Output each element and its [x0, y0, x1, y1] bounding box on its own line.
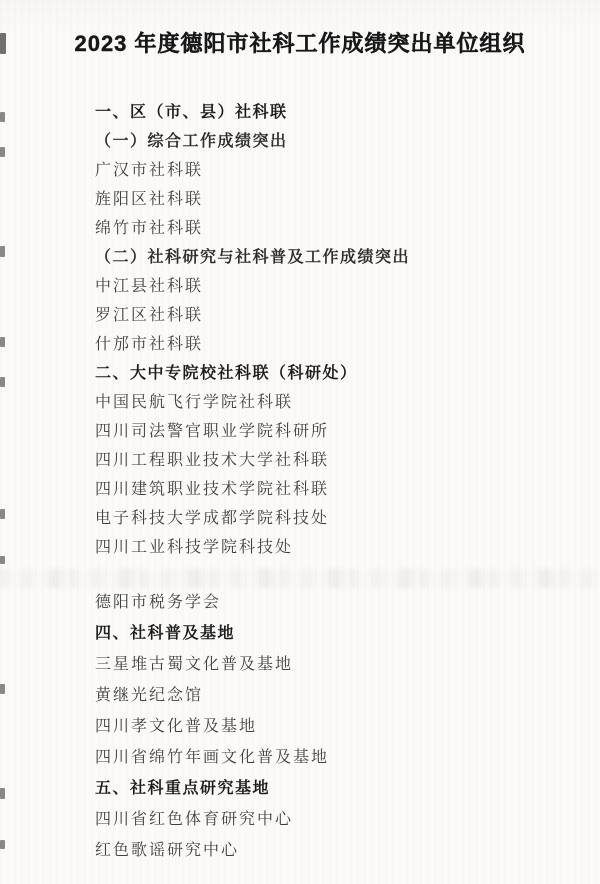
- org-name-line: 三星堆古蜀文化普及基地: [0, 647, 600, 678]
- org-name-line: 电子科技大学成都学院科技处: [0, 502, 600, 531]
- org-name-line: 什邡市社科联: [0, 328, 600, 357]
- subsection-1-heading: （一）综合工作成绩突出: [0, 125, 600, 154]
- org-name-line: 黄继光纪念馆: [0, 678, 600, 709]
- org-name-line: 中江县社科联: [0, 270, 600, 299]
- org-name-line: 广汉市社科联: [0, 154, 600, 183]
- org-name-line: 德阳市税务学会: [0, 585, 600, 616]
- document-title: 2023 年度德阳市社科工作成绩突出单位组织: [0, 27, 600, 61]
- org-name-line: 四川省红色体育研究中心: [0, 802, 600, 833]
- subsection-2-heading: （二）社科研究与社科普及工作成绩突出: [0, 241, 600, 270]
- org-name-line: 红色歌谣研究中心: [0, 833, 600, 864]
- document-body: 一、区（市、县）社科联 （一）综合工作成绩突出 广汉市社科联 旌阳区社科联 绵竹…: [0, 96, 600, 864]
- org-name-line: 绵竹市社科联: [0, 212, 600, 241]
- section-1-heading: 一、区（市、县）社科联: [0, 96, 600, 125]
- org-name-line: 四川建筑职业技术学院社科联: [0, 473, 600, 502]
- section-5-heading: 五、社科重点研究基地: [0, 771, 600, 802]
- scanned-document-page: 2023 年度德阳市社科工作成绩突出单位组织 一、区（市、县）社科联 （一）综合…: [0, 0, 600, 884]
- org-name-line: 旌阳区社科联: [0, 183, 600, 212]
- section-4-heading: 四、社科普及基地: [0, 616, 600, 647]
- org-name-line: 四川孝文化普及基地: [0, 709, 600, 740]
- org-name-line: 四川司法警官职业学院科研所: [0, 415, 600, 444]
- org-name-line: 中国民航飞行学院社科联: [0, 386, 600, 415]
- org-name-line: 罗江区社科联: [0, 299, 600, 328]
- org-name-line: 四川省绵竹年画文化普及基地: [0, 740, 600, 771]
- org-name-line: 四川工业科技学院科技处: [0, 531, 600, 560]
- org-name-line: 四川工程职业技术大学社科联: [0, 444, 600, 473]
- section-2-heading: 二、大中专院校社科联（科研处）: [0, 357, 600, 386]
